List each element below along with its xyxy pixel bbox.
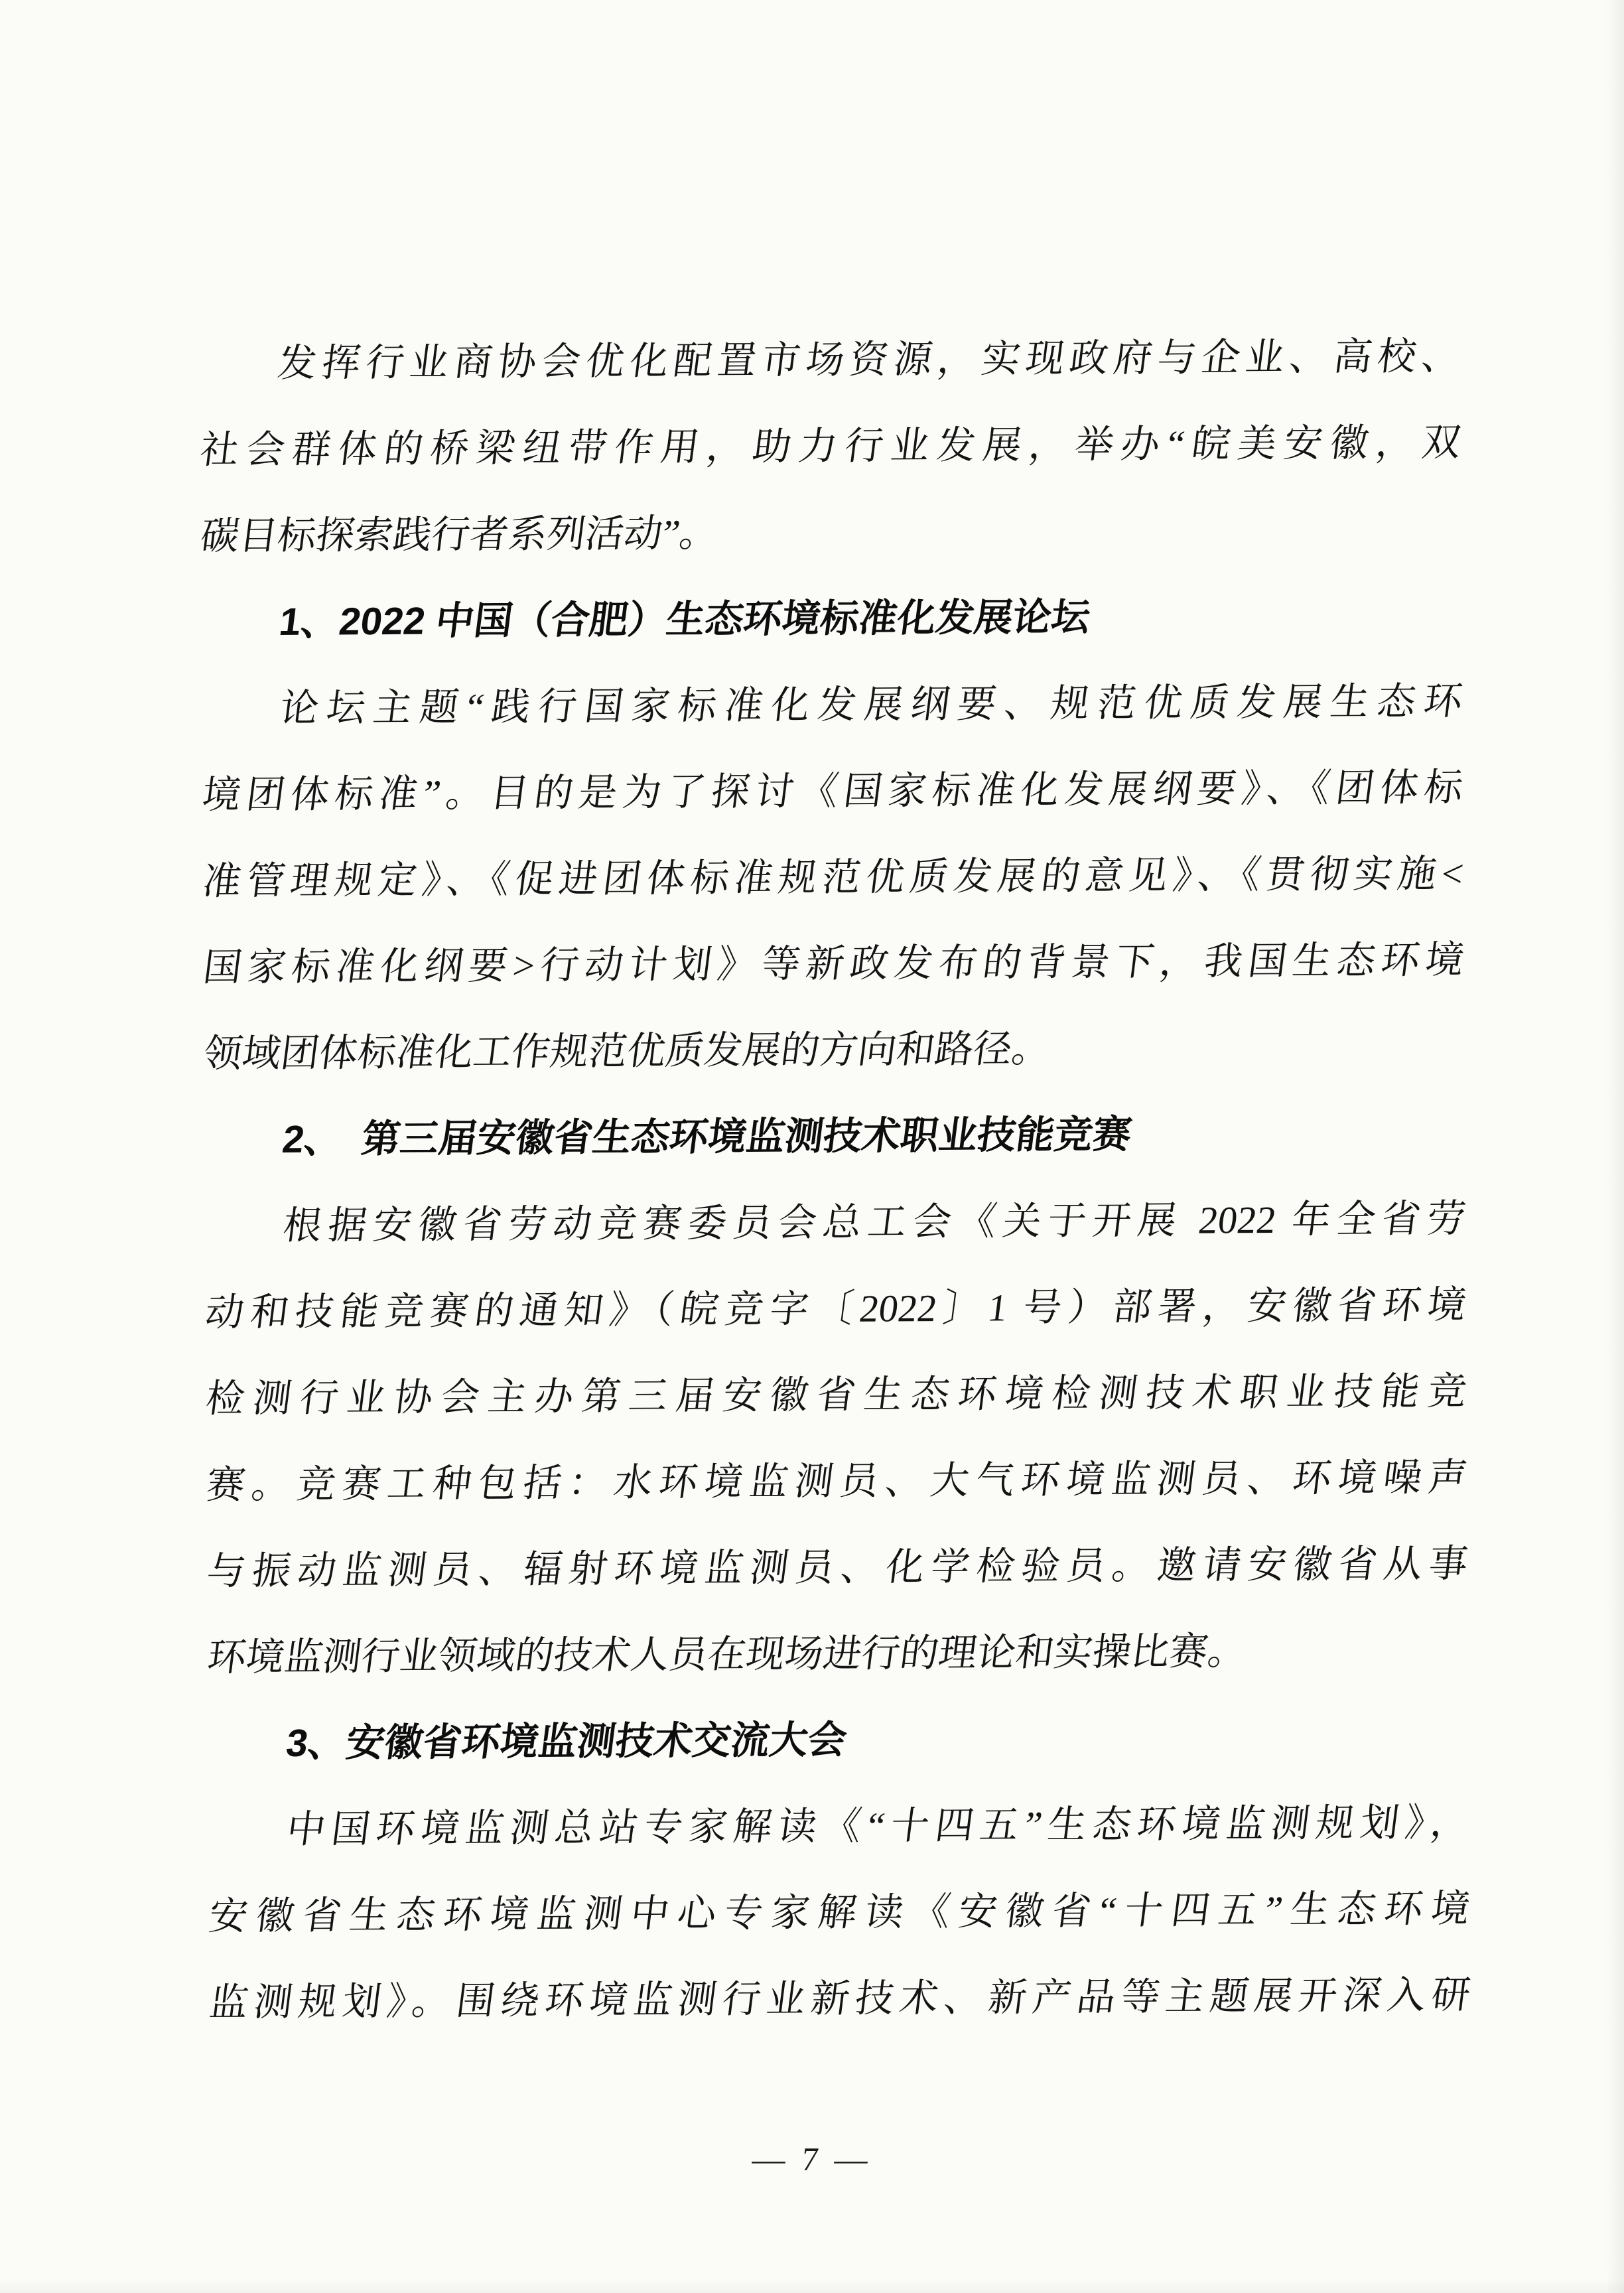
intro-paragraph-line-2: 社会群体的桥梁纽带作用，助力行业发展，举办“皖美安徽，双 (195, 399, 1466, 494)
section-2-paragraph-line-5: 与振动监测员、辐射环境监测员、化学检验员。邀请安徽省从事 (202, 1521, 1473, 1615)
section-2-paragraph-line-2: 动和技能竞赛的通知》（皖竞字〔2022〕1 号）部署，安徽省环境 (200, 1262, 1471, 1356)
section-2-paragraph-line-6: 环境监测行业领域的技术人员在现场进行的理论和实操比赛。 (202, 1607, 1473, 1701)
section-2-paragraph-line-4: 赛。竞赛工种包括：水环境监测员、大气环境监测员、环境噪声 (201, 1434, 1472, 1529)
section-1-heading: 1、2022 中国（合肥）生态环境标准化发展论坛 (196, 572, 1467, 666)
intro-paragraph-line-3: 碳目标探索践行者系列活动”。 (195, 486, 1466, 580)
section-1-paragraph-line-3: 准管理规定》、《促进团体标准规范优质发展的意见》、《贯彻实施< (198, 831, 1469, 925)
section-2-heading: 2、 第三届安徽省生态环境监测技术职业技能竞赛 (199, 1089, 1470, 1184)
text-block: 发挥行业商协会优化配置市场资源，实现政府与企业、高校、 社会群体的桥梁纽带作用，… (194, 313, 1465, 2046)
section-1-paragraph-line-5: 领域团体标准化工作规范优质发展的方向和路径。 (198, 1003, 1469, 1097)
section-2-paragraph-line-3: 检测行业协会主办第三届安徽省生态环境检测技术职业技能竞 (200, 1348, 1471, 1442)
section-1-paragraph-line-1: 论坛主题“践行国家标准化发展纲要、规范优质发展生态环 (196, 658, 1467, 752)
section-3-paragraph-line-1: 中国环境监测总站专家解读《“十四五”生态环境监测规划》， (203, 1779, 1474, 1874)
scanned-document-page: 发挥行业商协会优化配置市场资源，实现政府与企业、高校、 社会群体的桥梁纽带作用，… (0, 0, 1624, 2293)
section-2-paragraph-line-1: 根据安徽省劳动竞赛委员会总工会《关于开展 2022 年全省劳 (200, 1176, 1471, 1270)
section-3-heading: 3、安徽省环境监测技术交流大会 (203, 1693, 1474, 1787)
section-3-paragraph-line-3: 监测规划》。围绕环境监测行业新技术、新产品等主题展开深入研 (204, 1952, 1475, 2046)
page-number: — 7 — (0, 2139, 1624, 2179)
section-3-paragraph-line-2: 安徽省生态环境监测中心专家解读《安徽省“十四五”生态环境 (204, 1866, 1475, 1960)
section-1-paragraph-line-4: 国家标准化纲要>行动计划》等新政发布的背景下，我国生态环境 (198, 917, 1469, 1011)
section-1-paragraph-line-2: 境团体标准”。目的是为了探讨《国家标准化发展纲要》、《团体标 (197, 744, 1468, 839)
intro-paragraph-line-1: 发挥行业商协会优化配置市场资源，实现政府与企业、高校、 (194, 313, 1465, 407)
